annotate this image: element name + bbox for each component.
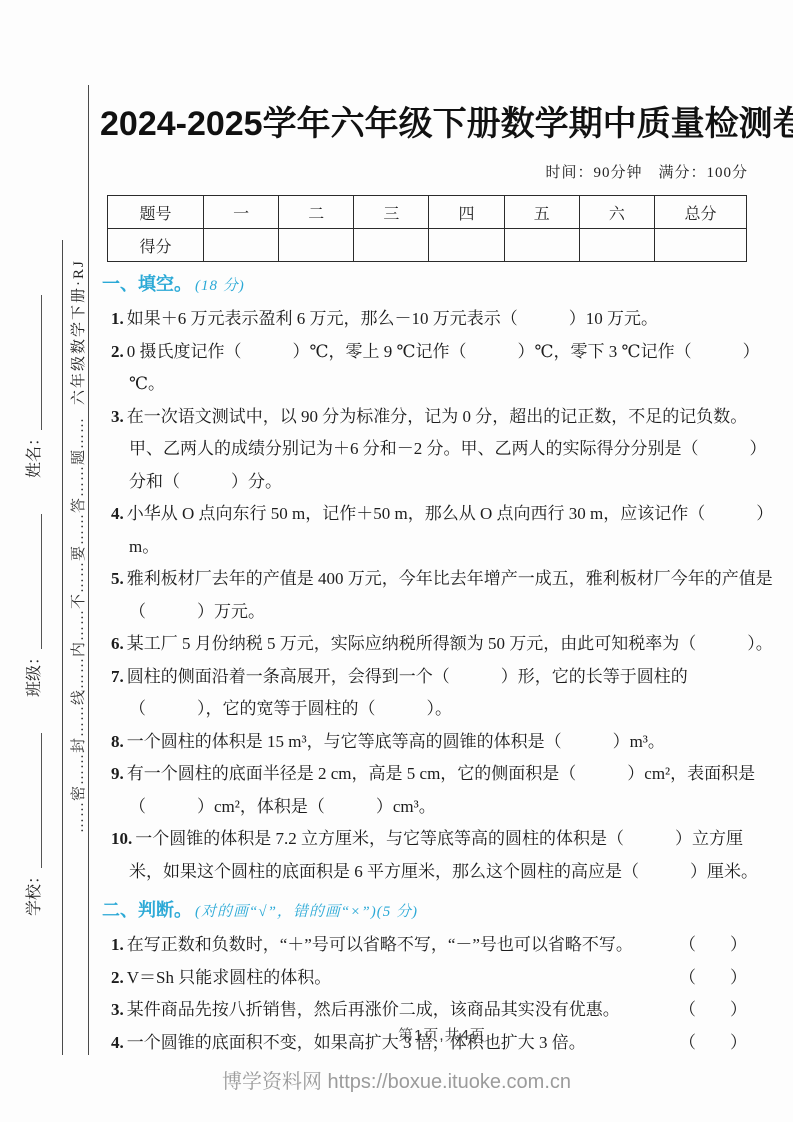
question-number: 3.	[111, 1000, 124, 1019]
question-body: 4.小华从 O 点向东行 50 m，记作＋50 m，那么从 O 点向西行 30 …	[111, 504, 773, 556]
score-table-score-row: 得分	[108, 229, 747, 262]
score-table-header-cell: 六	[579, 196, 654, 229]
question-item: 2.0 摄氏度记作（ ）℃，零上 9 ℃记作（ ）℃，零下 3 ℃记作（ ）℃。	[111, 336, 775, 401]
score-table-header-cell: 二	[279, 196, 354, 229]
question-number: 1.	[111, 309, 124, 328]
score-table-header-cell: 题号	[108, 196, 204, 229]
score-cell	[504, 229, 579, 262]
question-item: 4.小华从 O 点向东行 50 m，记作＋50 m，那么从 O 点向西行 30 …	[111, 498, 775, 563]
question-number: 6.	[111, 634, 124, 653]
score-table: 题号一二三四五六总分得分	[107, 195, 747, 262]
question-body: 9.有一个圆柱的底面半径是 2 cm，高是 5 cm，它的侧面积是（ ）cm²，…	[111, 764, 755, 816]
question-number: 3.	[111, 407, 124, 426]
question-number: 2.	[111, 968, 124, 987]
student-field: 学校：	[26, 733, 43, 916]
question-body: 2.0 摄氏度记作（ ）℃，零上 9 ℃记作（ ）℃，零下 3 ℃记作（ ）℃。	[111, 342, 760, 394]
question-number: 5.	[111, 569, 124, 588]
section-title: 二、判断。	[102, 900, 192, 920]
question-body: 6.某工厂 5 月份纳税 5 万元，实际应纳税所得额为 50 万元，由此可知税率…	[111, 634, 773, 653]
binding-column: ……密……封……线……内……不……要……答……题……六年级数学下册·RJ	[67, 85, 89, 833]
question-text: 一个圆柱的体积是 15 m³，与它等底等高的圆锥的体积是（ ）m³。	[127, 732, 665, 751]
question-number: 4.	[111, 504, 124, 523]
section-heading: 一、填空。(18 分)	[102, 271, 784, 299]
binding-rule-inner	[62, 240, 63, 1055]
student-field: 班级：	[26, 514, 43, 697]
score-table-header-cell: 五	[504, 196, 579, 229]
score-cell	[655, 229, 747, 262]
score-table-header-cell: 一	[204, 196, 279, 229]
question-list: 1.如果＋6 万元表示盈利 6 万元，那么－10 万元表示（ ）10 万元。2.…	[100, 303, 784, 888]
score-cell	[429, 229, 504, 262]
binding-seal-text: ……密……封……线……内……不……要……答……题……	[71, 417, 87, 833]
question-number: 10.	[111, 829, 132, 848]
student-info-column: 学校：班级：姓名：	[21, 231, 45, 916]
question-item: 3.某件商品先按八折销售，然后再涨价二成，该商品其实没有优惠。（ ）	[111, 994, 775, 1027]
exam-meta: 时间：90分钟 满分：100分	[100, 161, 784, 182]
student-field-blank	[25, 295, 42, 430]
question-item: 5.雅利板材厂去年的产值是 400 万元，今年比去年增产一成五，雅利板材厂今年的…	[111, 563, 775, 628]
question-item: 1.在写正数和负数时，“＋”号可以省略不写，“－”号也可以省略不写。（ ）	[111, 929, 775, 962]
question-item: 7.圆柱的侧面沿着一条高展开，会得到一个（ ）形，它的长等于圆柱的（ ），它的宽…	[111, 661, 775, 726]
student-field-blank	[25, 514, 42, 649]
page-title: 2024-2025学年六年级下册数学期中质量检测卷	[100, 96, 784, 145]
score-table-header-cell: 四	[429, 196, 504, 229]
question-text: 如果＋6 万元表示盈利 6 万元，那么－10 万元表示（ ）10 万元。	[127, 309, 658, 328]
score-row-label: 得分	[108, 229, 204, 262]
question-text: 某工厂 5 月份纳税 5 万元，实际应纳税所得额为 50 万元，由此可知税率为（…	[127, 634, 773, 653]
question-text: 某件商品先按八折销售，然后再涨价二成，该商品其实没有优惠。	[127, 1000, 620, 1019]
answer-bracket: （ ）	[679, 962, 775, 995]
score-cell	[354, 229, 429, 262]
student-field-label: 班级：	[26, 649, 43, 697]
question-text: 一个圆锥的体积是 7.2 立方厘米，与它等底等高的圆柱的体积是（ ）立方厘米，如…	[129, 829, 758, 881]
main-content: 2024-2025学年六年级下册数学期中质量检测卷 时间：90分钟 满分：100…	[100, 0, 784, 1122]
score-cell	[579, 229, 654, 262]
section-note: (18 分)	[195, 278, 245, 294]
score-cell	[204, 229, 279, 262]
question-item: 2.V＝Sh 只能求圆柱的体积。（ ）	[111, 962, 775, 995]
question-text: 小华从 O 点向东行 50 m，记作＋50 m，那么从 O 点向西行 30 m，…	[127, 504, 773, 556]
score-table-body: 题号一二三四五六总分得分	[108, 196, 747, 262]
question-number: 2.	[111, 342, 124, 361]
question-body: 2.V＝Sh 只能求圆柱的体积。	[111, 962, 679, 995]
section-heading: 二、判断。(对的画“√”，错的画“×”)(5 分)	[102, 897, 784, 925]
question-body: 8.一个圆柱的体积是 15 m³，与它等底等高的圆锥的体积是（ ）m³。	[111, 732, 665, 751]
answer-bracket: （ ）	[679, 994, 775, 1027]
question-number: 8.	[111, 732, 124, 751]
student-field-label: 姓名：	[26, 430, 43, 478]
page-number: 第1页,共4页	[100, 1024, 784, 1045]
question-text: 在写正数和负数时，“＋”号可以省略不写，“－”号也可以省略不写。	[127, 935, 633, 954]
exam-paper-page: 学校：班级：姓名： ……密……封……线……内……不……要……答……题……六年级数…	[0, 0, 793, 1122]
question-text: 圆柱的侧面沿着一条高展开，会得到一个（ ）形，它的长等于圆柱的（ ），它的宽等于…	[127, 667, 688, 719]
section-note: (对的画“√”，错的画“×”)(5 分)	[195, 904, 418, 920]
question-text: 有一个圆柱的底面半径是 2 cm，高是 5 cm，它的侧面积是（ ）cm²，表面…	[127, 764, 755, 816]
question-item: 10.一个圆锥的体积是 7.2 立方厘米，与它等底等高的圆柱的体积是（ ）立方厘…	[111, 823, 775, 888]
question-item: 1.如果＋6 万元表示盈利 6 万元，那么－10 万元表示（ ）10 万元。	[111, 303, 775, 336]
question-text: 在一次语文测试中，以 90 分为标准分，记为 0 分，超出的记正数，不足的记负数…	[127, 407, 767, 491]
question-item: 6.某工厂 5 月份纳税 5 万元，实际应纳税所得额为 50 万元，由此可知税率…	[111, 628, 775, 661]
student-field-blank	[25, 733, 42, 868]
question-body: 7.圆柱的侧面沿着一条高展开，会得到一个（ ）形，它的长等于圆柱的（ ），它的宽…	[111, 667, 688, 719]
question-body: 1.如果＋6 万元表示盈利 6 万元，那么－10 万元表示（ ）10 万元。	[111, 309, 658, 328]
question-item: 9.有一个圆柱的底面半径是 2 cm，高是 5 cm，它的侧面积是（ ）cm²，…	[111, 758, 775, 823]
question-body: 10.一个圆锥的体积是 7.2 立方厘米，与它等底等高的圆柱的体积是（ ）立方厘…	[111, 829, 758, 881]
question-item: 8.一个圆柱的体积是 15 m³，与它等底等高的圆锥的体积是（ ）m³。	[111, 726, 775, 759]
question-number: 9.	[111, 764, 124, 783]
score-cell	[279, 229, 354, 262]
student-field: 姓名：	[26, 295, 43, 478]
question-text: V＝Sh 只能求圆柱的体积。	[127, 968, 331, 987]
book-edition-label: 六年级数学下册·RJ	[71, 259, 87, 405]
question-item: 3.在一次语文测试中，以 90 分为标准分，记为 0 分，超出的记正数，不足的记…	[111, 401, 775, 499]
question-body: 3.某件商品先按八折销售，然后再涨价二成，该商品其实没有优惠。	[111, 994, 679, 1027]
score-table-header-cell: 三	[354, 196, 429, 229]
score-table-header-row: 题号一二三四五六总分	[108, 196, 747, 229]
sections-container: 一、填空。(18 分)1.如果＋6 万元表示盈利 6 万元，那么－10 万元表示…	[100, 271, 784, 1059]
question-number: 1.	[111, 935, 124, 954]
answer-bracket: （ ）	[679, 929, 775, 962]
question-body: 3.在一次语文测试中，以 90 分为标准分，记为 0 分，超出的记正数，不足的记…	[111, 407, 767, 491]
student-field-label: 学校：	[26, 868, 43, 916]
section: 一、填空。(18 分)1.如果＋6 万元表示盈利 6 万元，那么－10 万元表示…	[100, 271, 784, 888]
score-table-header-cell: 总分	[655, 196, 747, 229]
question-text: 0 摄氏度记作（ ）℃，零上 9 ℃记作（ ）℃，零下 3 ℃记作（ ）℃。	[127, 342, 760, 394]
site-watermark: 博学资料网 https://boxue.ituoke.com.cn	[0, 1065, 793, 1094]
question-text: 雅利板材厂去年的产值是 400 万元，今年比去年增产一成五，雅利板材厂今年的产值…	[127, 569, 773, 621]
section-title: 一、填空。	[102, 274, 192, 294]
question-number: 7.	[111, 667, 124, 686]
question-body: 1.在写正数和负数时，“＋”号可以省略不写，“－”号也可以省略不写。	[111, 929, 679, 962]
question-body: 5.雅利板材厂去年的产值是 400 万元，今年比去年增产一成五，雅利板材厂今年的…	[111, 569, 773, 621]
